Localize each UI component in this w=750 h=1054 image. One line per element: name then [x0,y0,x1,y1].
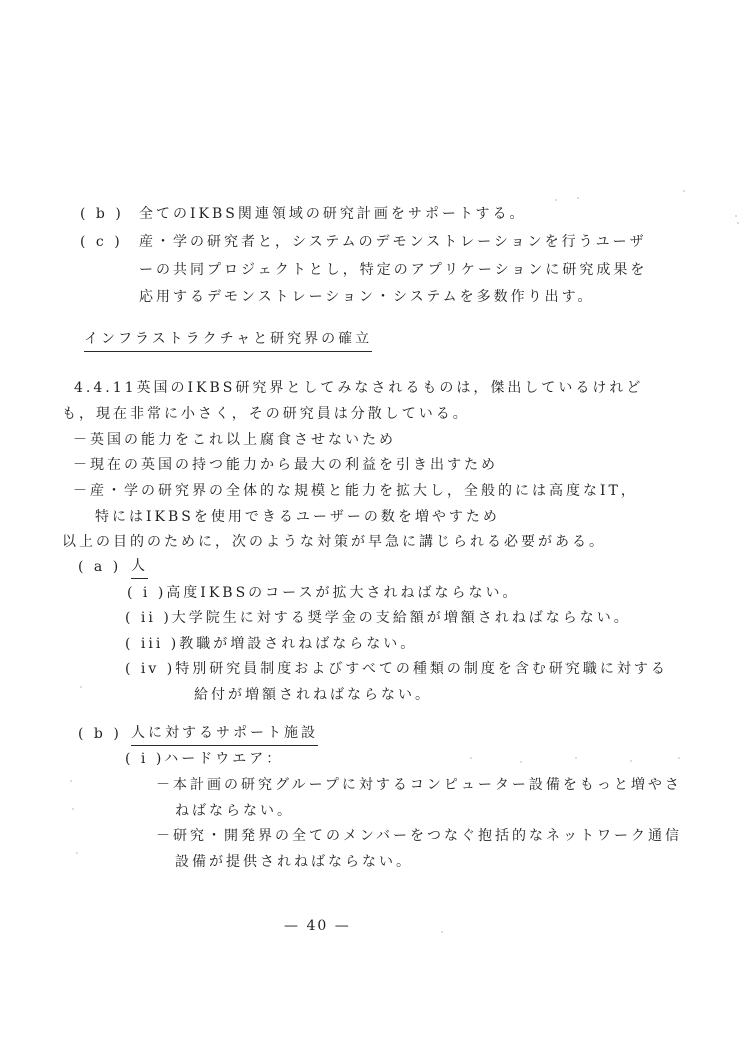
item-a-sub-i: ( i )高度IKBSのコースが拡大されねばならない。 [127,585,519,603]
reason-bullet-2: －現在の英国の持つ能力から最大の利益を引き出すため [73,457,498,475]
item-a-title: 人 [131,558,148,579]
scan-speck [520,761,522,763]
page-number: — 40 — [284,918,351,936]
scan-speck [70,780,72,782]
scan-speck [565,663,567,665]
list-item-c-line1: 産・学の研究者と，システムのデモンストレーションを行うユーザ [139,234,647,252]
scan-speck [76,852,78,854]
scan-speck [678,757,680,759]
scan-speck [737,222,739,224]
list-item-c-line3: 応用するデモンストレーション・システムを多数作り出す。 [139,289,595,307]
scan-speck [683,190,685,192]
para-4411-line1: 4.4.11英国のIKBS研究界としてみなされるものは，傑出しているけれど [74,380,643,398]
section-heading: インフラストラクチャと研究界の確立 [84,331,372,352]
hardware-label: ( i )ハードウエア： [125,751,283,769]
item-a-sub-iv-line2: 給付が増額されねばならない。 [194,687,432,705]
scan-speck [555,199,557,201]
scan-speck [470,757,472,759]
item-a-sub-iv-line1: ( iv )特別研究員制度およびすべての種類の制度を含む研究職に対する [125,661,668,679]
reason-bullet-3-line1: －産・学の研究界の全体的な規模と能力を拡大し，全般的には高度なIT， [73,483,638,501]
item-a-sub-ii: ( ii )大学院生に対する奨学金の支給額が増額されねばならない。 [125,610,631,628]
reason-bullet-1: －英国の能力をこれ以上腐食させないため [73,432,396,450]
scan-speck [577,197,579,199]
scan-speck [72,808,74,810]
item-b-support-title: 人に対するサポート施設 [131,725,318,746]
para-4411-line2: も，現在非常に小さく，その研究員は分散している。 [62,406,470,424]
list-item-b-text: 全てのIKBS関連領域の研究計画をサポートする。 [139,206,526,224]
scan-speck [600,483,602,485]
reason-bullet-3-line2: 特にはIKBSを使用できるユーザーの数を増やすため [95,509,500,527]
scan-speck [80,686,82,688]
item-b-support-marker: ( b ) [78,726,122,744]
scan-speck [441,931,443,933]
hardware-item1-line1: －本計画の研究グループに対するコンピューター設備をもっと増やさ [156,777,682,795]
list-item-c-line2: ーの共同プロジェクトとし，特定のアプリケーションに研究成果を [139,262,647,280]
item-a-sub-iii: ( iii )教職が増設されねばならない。 [125,636,417,654]
list-item-b-marker: ( b ) [80,206,124,224]
list-item-c-marker: ( c ) [80,234,123,252]
purpose-line: 以上の目的のために，次のような対策が早急に講じられる必要がある。 [62,534,606,552]
item-a-marker: ( a ) [78,559,121,577]
hardware-item2-line2: 設備が提供されねばならない。 [175,854,413,872]
scanned-document-page: ( b ) 全てのIKBS関連領域の研究計画をサポートする。 ( c ) 産・学… [0,0,750,1054]
hardware-item1-line2: ねばならない。 [175,803,294,821]
scan-speck [735,215,737,217]
hardware-item2-line1: －研究・開発界の全てのメンバーをつなぐ抱括的なネットワーク通信 [156,828,682,846]
scan-speck [575,757,577,759]
scan-speck [630,760,632,762]
